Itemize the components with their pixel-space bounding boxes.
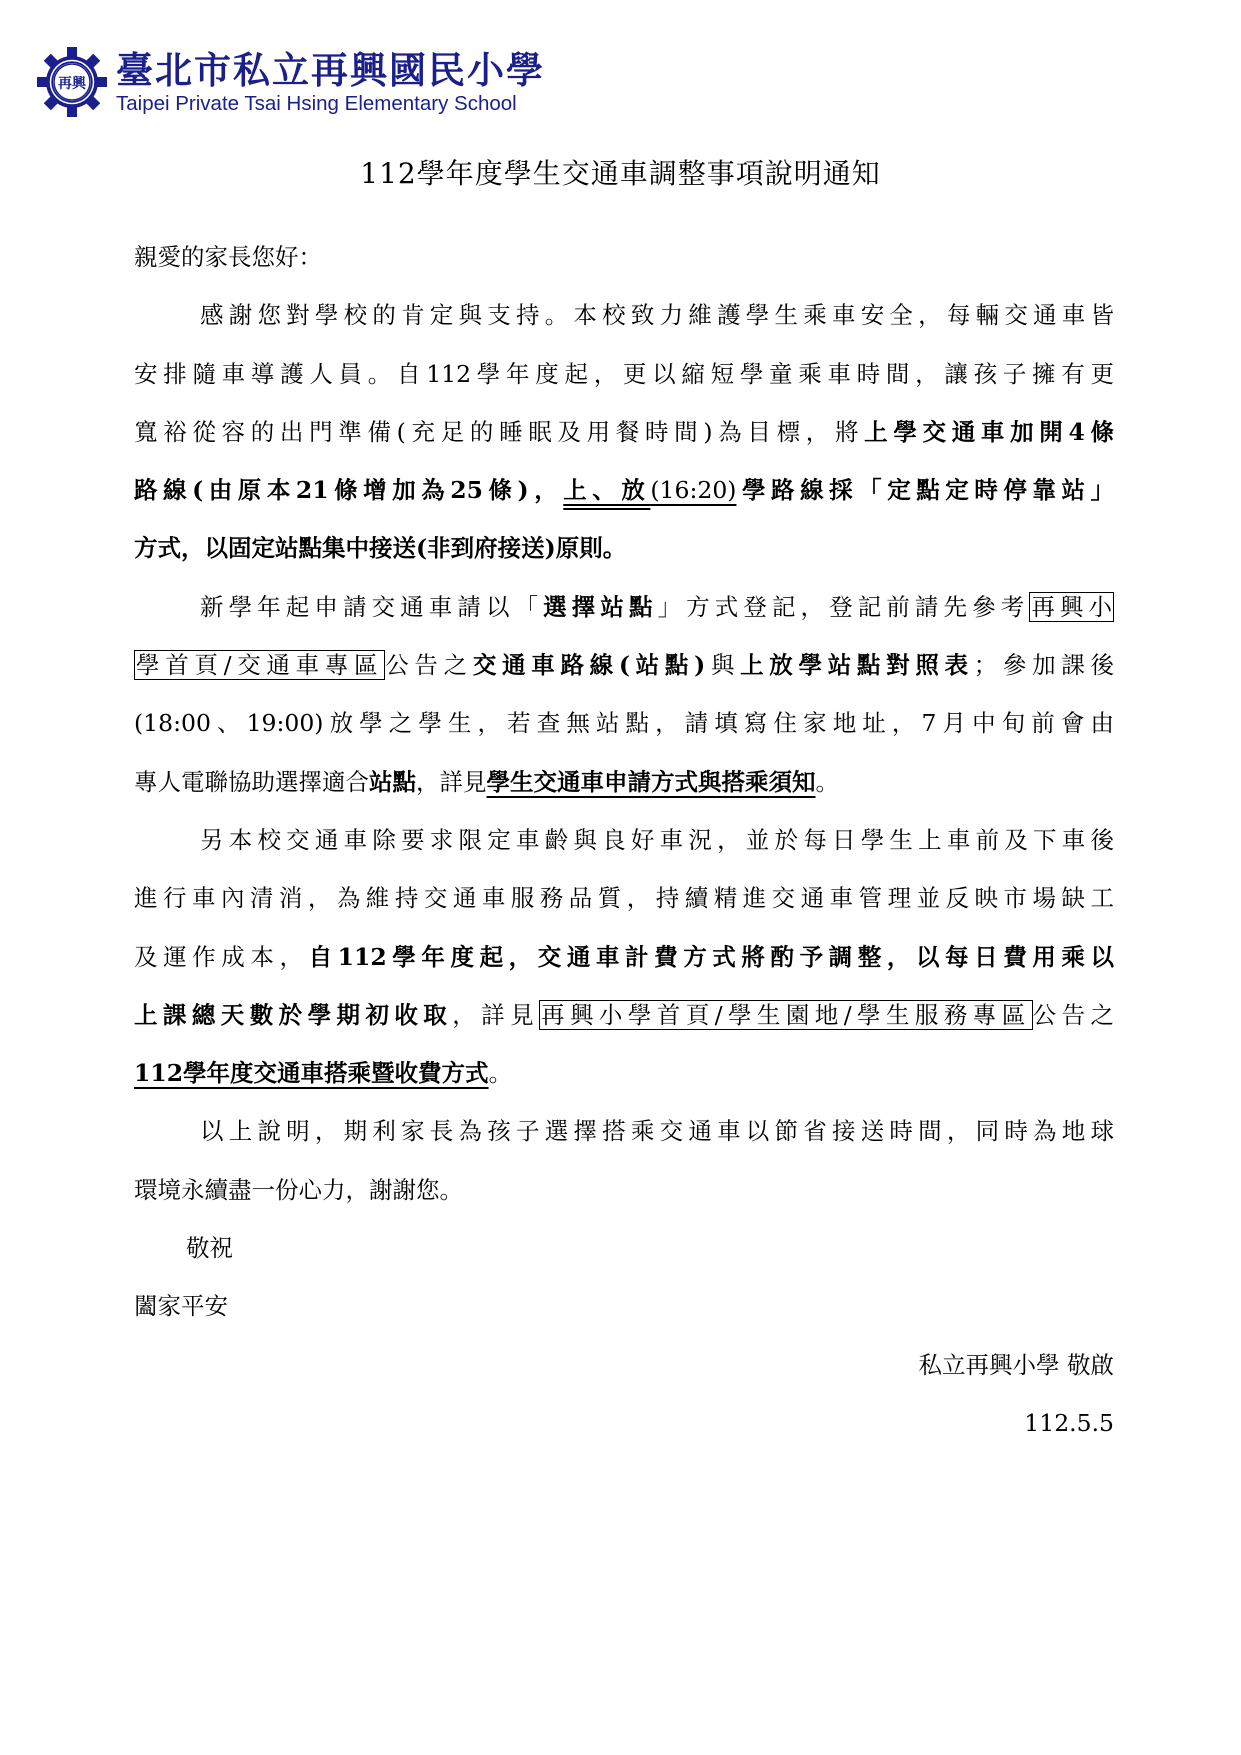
school-name-zh: 臺北市私立再興國民小學 (116, 49, 545, 91)
gear-emblem-icon: 再興 (36, 46, 108, 118)
date: 112.5.5 (134, 1394, 1114, 1452)
paragraph-4: 以上說明，期利家長為孩子選擇搭乘交通車以節省接送時間，同時為地球 環境永續盡一份… (134, 1102, 1114, 1219)
link-homepage-bus-zone-cont[interactable]: 學首頁/交通車專區 (134, 650, 385, 680)
link-student-service-zone[interactable]: 再興小學首頁/學生園地/學生服務專區 (539, 1000, 1033, 1030)
svg-text:再興: 再興 (58, 75, 87, 92)
greeting: 親愛的家長您好： (134, 228, 1114, 286)
paragraph-1: 感謝您對學校的肯定與支持。本校致力維護學生乘車安全，每輛交通車皆 安排隨車導護人… (134, 286, 1114, 577)
document-body: 親愛的家長您好： 感謝您對學校的肯定與支持。本校致力維護學生乘車安全，每輛交通車… (134, 228, 1114, 1452)
paragraph-3: 另本校交通車除要求限定車齡與良好車況，並於每日學生上車前及下車後 進行車內清消，… (134, 811, 1114, 1102)
signature: 私立再興小學 敬啟 (134, 1336, 1114, 1394)
school-name-en: Taipei Private Tsai Hsing Elementary Sch… (116, 92, 545, 116)
wish: 闔家平安 (134, 1277, 1114, 1335)
salutation: 敬祝 (134, 1219, 1114, 1277)
link-fee-method[interactable]: 112學年度交通車搭乘暨收費方式 (134, 1059, 489, 1087)
link-homepage-bus-zone[interactable]: 再興小 (1029, 592, 1114, 622)
document-title: 112學年度學生交通車調整事項說明通知 (0, 152, 1241, 192)
link-application-guide[interactable]: 學生交通車申請方式與搭乘須知 (487, 768, 816, 796)
paragraph-2: 新學年起申請交通車請以「選擇站點」方式登記，登記前請先參考再興小 學首頁/交通車… (134, 578, 1114, 811)
school-logo: 再興 臺北市私立再興國民小學 Taipei Private Tsai Hsing… (36, 46, 545, 118)
